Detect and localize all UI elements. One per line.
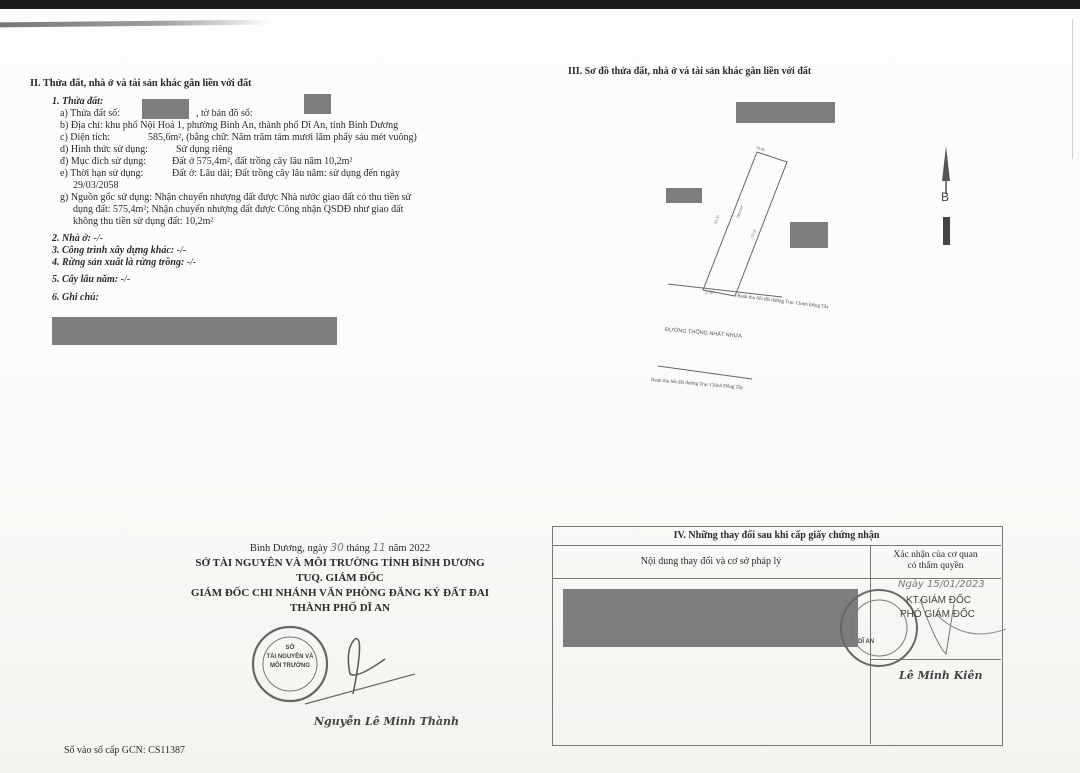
window-top-bar [0,0,1080,9]
date-month-word: tháng [347,543,370,554]
dim-bottom: 17.67 [705,290,714,295]
certificate-page: II. Thửa đất, nhà ở và tài sản khác gắn … [0,9,1080,773]
table-header-divider [552,545,1001,546]
stamp-line-2: TÀI NGUYÊN VÀ [262,653,318,662]
confirm-date-handwritten: Ngày 15/01/2023 [898,579,985,590]
kt-director: KT.GIÁM ĐỐC [906,595,971,606]
date-year: năm 2022 [388,543,430,554]
col-authority-line-2: có thẩm quyền [870,561,1001,572]
col-authority-confirm: Xác nhận của cơ quan có thẩm quyền [870,550,1001,572]
official-stamp-left [245,619,425,729]
boundary-line-bottom [658,366,752,379]
signer-name-right: Lê Minh Kiên [899,669,982,682]
issue-date: Bình Dương, ngày 30 tháng 11 năm 2022 [160,542,520,554]
deputy-director: PHÓ GIÁM ĐỐC [900,609,975,620]
col-authority-line-1: Xác nhận của cơ quan [870,550,1001,561]
north-arrow-label: B [941,190,949,204]
issuing-org: SỞ TÀI NGUYÊN VÀ MÔI TRƯỜNG TỈNH BÌNH DƯ… [160,557,520,569]
signer-title-1: GIÁM ĐỐC CHI NHÁNH VĂN PHÒNG ĐĂNG KÝ ĐẤT… [160,587,520,599]
col-change-content: Nội dung thay đổi và cơ sở pháp lý [552,556,870,567]
section-4-title: IV. Những thay đổi sau khi cấp giấy chứn… [552,530,1001,541]
date-month: 11 [372,542,385,554]
north-arrow-tail [943,217,950,245]
stamp-line-3: MÔI TRƯỜNG [262,662,318,671]
stamp-text-left: SỞ TÀI NGUYÊN VÀ MÔI TRƯỜNG [262,644,318,671]
authority-tuq: TUQ. GIÁM ĐỐC [160,572,520,584]
signer-title-2: THÀNH PHỐ DĨ AN [160,602,520,614]
north-arrow-head [942,146,950,181]
redacted-change-content [563,589,858,647]
signer-name-left: Nguyễn Lê Minh Thành [314,715,459,728]
stamp-text-right: DĨ AN [858,639,874,645]
date-day: 30 [331,542,344,554]
registration-number: Số vào sổ cấp GCN: CS11387 [64,745,185,756]
date-prefix: Bình Dương, ngày [250,543,328,554]
stamp-line-1: SỞ [262,644,318,653]
boundary-line-top [668,284,782,297]
